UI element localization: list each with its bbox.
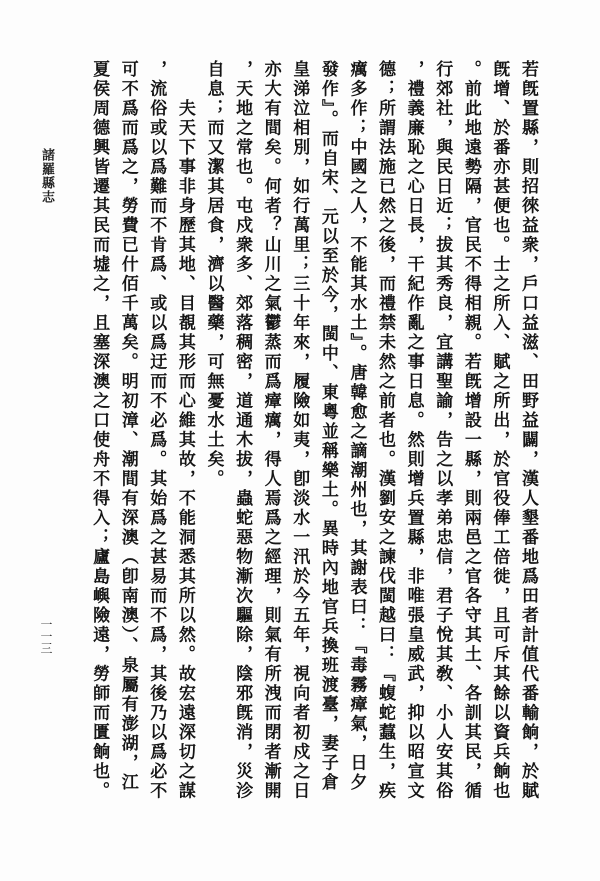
text-column-10: 亦大有間矣。何者？山川之氣鬱蒸而爲瘴癘，得人焉爲之經理，則氣有所洩而閉者漸開 <box>256 60 285 820</box>
scanned-page: 若旣置縣，則招徠益衆，戶口益滋、田野益闢，漢人墾番地爲田者計值代番輸餉，於賦 旣… <box>0 0 600 881</box>
text-column-14: ，流俗或以爲難而不肯爲、或以爲迂而不必爲。其始爲之甚易而不爲，其後乃以爲必不 <box>142 60 171 820</box>
text-column-9: 皇涕泣相別，如行萬里；三十年來，履險如夷，卽淡水一汛於今五年，視向者初戍之日 <box>285 60 314 820</box>
page-number: 一一三 <box>38 618 55 654</box>
running-title: 諸羅縣志 <box>37 148 56 204</box>
text-column-1: 若旣置縣，則招徠益衆，戶口益滋、田野益闢，漢人墾番地爲田者計值代番輸餉，於賦 <box>513 60 542 820</box>
text-column-8: 發作』。而自宋、元以至於今，閩中、東粵並稱樂土。異時內地官兵換班渡臺，妻子倉 <box>313 60 342 820</box>
text-column-13-paragraph-start: 夫天下事非身歷其地、目覩其形而心維其故，不能洞悉其所以然。故宏遠深切之謀 <box>170 60 199 820</box>
text-column-3: 。前此地遠勢隔，官民不得相親。若旣增設一縣，則兩邑之官各守其土、各訓其民，循 <box>456 60 485 820</box>
text-column-15: 可不爲而爲之，勞費已什佰千萬矣。明初漳、潮間有深澳（卽南澳）、泉屬有澎湖，江 <box>113 60 142 820</box>
text-column-5: ，禮義廉恥之心日長，干紀作亂之事日息。然則增兵置縣，非唯張皇威武，抑以昭宣文 <box>399 60 428 820</box>
text-column-12: 自息；而又潔其居食，濟以醫藥，可無憂水土矣。 <box>199 60 228 820</box>
text-column-16: 夏侯周德興皆遷其民而墟之，且塞深澳之口使舟不得入；廬島嶼險遠，勞師而匱餉也。 <box>85 60 114 820</box>
text-column-6: 德；所謂法施已然之後，而禮禁未然之前者也。漢劉安之諫伐閩越曰：『蝮蛇蠚生，疾 <box>370 60 399 820</box>
text-column-2: 旣增、於番亦甚便也。士之所入、賦之所出，於官役俸工倍徙，且可斥其餘以資兵餉也 <box>485 60 514 820</box>
text-column-7: 癘多作；中國之人，不能其水土』。唐韓愈之謫潮州也，其謝表曰：『毒霧瘴氣，日夕 <box>342 60 371 820</box>
text-column-11: ，天地之常也。屯戍衆多、郊落稠密，道通木拔，蟲蛇惡物漸次驅除，陰邪旣消，災沴 <box>227 60 256 820</box>
body-text: 若旣置縣，則招徠益衆，戶口益滋、田野益闢，漢人墾番地爲田者計值代番輸餉，於賦 旣… <box>85 60 543 820</box>
text-column-4: 行郊社，與民日近；拔其秀良，宜講聖諭，告之以孝弟忠信，君子悅其敎、小人安其俗 <box>428 60 457 820</box>
